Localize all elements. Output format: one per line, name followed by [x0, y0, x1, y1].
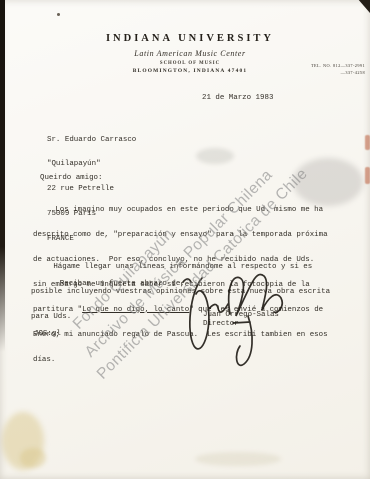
scan-edge-shadow: [0, 0, 5, 352]
reference-initials: JOS:gl: [34, 330, 61, 338]
paper-stain: [196, 148, 234, 164]
telephone-line-2: —337-4258: [311, 69, 365, 76]
letter-line: descrito como de, "preparación y ensayo"…: [33, 231, 328, 239]
handwritten-signature: [178, 266, 293, 374]
scan-corner-mark: [355, 0, 370, 13]
letter-page: INDIANA UNIVERSITY Latin American Music …: [0, 0, 370, 479]
letterhead-telephone: TEL. NO. 812—337-2991 —337-4258: [311, 62, 365, 76]
letter-date: 21 de Marzo 1983: [202, 94, 273, 102]
closing-line: Reciban un fuerte abrazo de,: [33, 280, 185, 288]
paper-speck: [57, 13, 60, 16]
recipient-group: "Quilapayún": [47, 160, 136, 168]
paper-stain: [195, 452, 281, 466]
paper-stain: [20, 448, 46, 468]
paper-stain: [2, 412, 44, 470]
letter-line: Los imagino muy ocupados en este periodo…: [33, 206, 328, 214]
edge-red-mark: [365, 167, 370, 184]
salutation: Queirdo amigo:: [40, 174, 103, 182]
letterhead-institution: INDIANA UNIVERSITY: [10, 33, 370, 44]
letterhead-center-name: Latin American Music Center: [10, 49, 370, 58]
edge-red-mark: [365, 135, 370, 150]
recipient-name: Sr. Eduardo Carrasco: [47, 136, 136, 144]
telephone-line-1: TEL. NO. 812—337-2991: [311, 62, 365, 69]
